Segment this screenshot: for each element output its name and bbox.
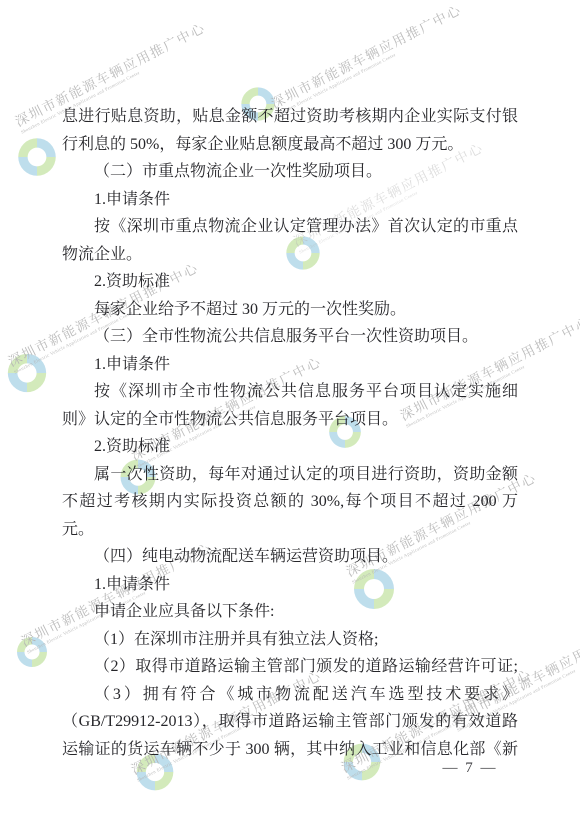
page-number: — 7 —: [420, 760, 520, 777]
text-line: 按《深圳市重点物流企业认定管理办法》首次认定的市重点: [62, 213, 518, 241]
text-line: 行利息的 50%，每家企业贴息额度最高不超过 300 万元。: [62, 131, 518, 159]
text-line: （1）在深圳市注册并具有独立法人资格;: [62, 626, 518, 654]
text-line: 息进行贴息资助，贴息金额不超过资助考核期内企业实际支付银: [62, 103, 518, 131]
watermark-cn-text: 深圳市新能源车辆应用推广中心: [269, 3, 464, 112]
text-line: 每家企业给予不超过 30 万元的一次性奖励。: [62, 296, 518, 324]
text-line: 不超过考核期内实际投资总额的 30%,每个项目不超过 200 万: [62, 488, 518, 516]
text-line: （四）纯电动物流配送车辆运营资助项目。: [62, 543, 518, 571]
document-body: 息进行贴息资助，贴息金额不超过资助考核期内企业实际支付银行利息的 50%，每家企…: [62, 103, 518, 763]
text-line: （二）市重点物流企业一次性奖励项目。: [62, 158, 518, 186]
text-line: 1.申请条件: [62, 186, 518, 214]
promotion-center-logo-icon: [15, 135, 60, 180]
text-line: 运输证的货运车辆不少于 300 辆，其中纳入工业和信息化部《新: [62, 736, 518, 764]
text-line: 元。: [62, 516, 518, 544]
text-line: 属一次性资助，每年对通过认定的项目进行资助，资助金额: [62, 461, 518, 489]
text-line: 按《深圳市全市性物流公共信息服务平台项目认定实施细: [62, 378, 518, 406]
text-line: 1.申请条件: [62, 571, 518, 599]
text-line: 2.资助标准: [62, 433, 518, 461]
text-line: 申请企业应具备以下条件:: [62, 598, 518, 626]
promotion-center-logo-icon: [4, 350, 50, 396]
watermark-text: 深圳市新能源车辆应用推广中心 Shenzhen Electric Vehicle…: [269, 3, 467, 117]
text-line: （2）取得市道路运输主管部门颁发的道路运输经营许可证;: [62, 653, 518, 681]
text-line: （3）拥有符合《城市物流配送汽车选型技术要求》: [62, 681, 518, 709]
text-line: 1.申请条件: [62, 351, 518, 379]
text-line: （三）全市性物流公共信息服务平台一次性资助项目。: [62, 323, 518, 351]
promotion-center-logo-icon: [14, 634, 50, 670]
document-page: 深圳市新能源车辆应用推广中心 Shenzhen Electric Vehicle…: [0, 0, 580, 820]
text-line: 则》认定的全市性物流公共信息服务平台项目。: [62, 406, 518, 434]
text-line: （GB/T29912-2013），取得市道路运输主管部门颁发的有效道路: [62, 708, 518, 736]
text-line: 2.资助标准: [62, 268, 518, 296]
text-line: 物流企业。: [62, 241, 518, 269]
